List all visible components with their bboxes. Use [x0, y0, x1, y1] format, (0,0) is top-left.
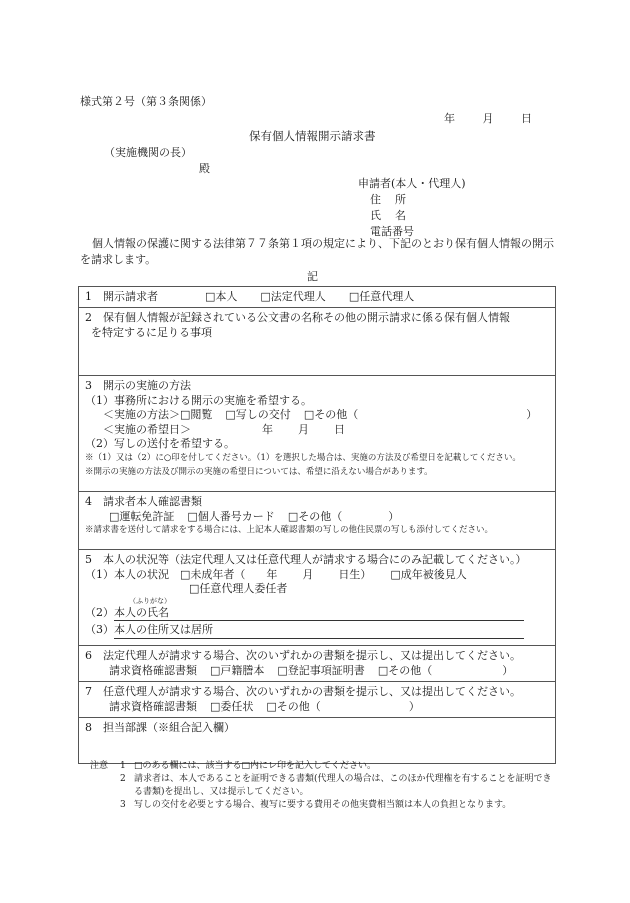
- section-2-label: 2 保有個人情報が記録されている公文書の名称その他の開示請求に係る保有個人情報: [85, 311, 549, 326]
- section-2-document-identification: 2 保有個人情報が記録されている公文書の名称その他の開示請求に係る保有個人情報 …: [79, 307, 555, 375]
- option-mail-copy[interactable]: （2）写しの送付を希望する。: [85, 437, 549, 452]
- section-3-note-1: ※（1）又は（2）に○印を付してください。（1）を選択した場合は、実施の方法及び…: [85, 452, 549, 464]
- note-number: 3: [120, 799, 134, 812]
- section-3-disclosure-method: 3 開示の実施の方法 （1）事務所における開示の実施を希望する。 ＜実施の方法＞…: [79, 375, 555, 491]
- note-item-3: 3 写しの交付を必要とする場合、複写に要する費用その他実費相当額は本人の負担とな…: [90, 799, 560, 812]
- form-number: 様式第２号（第３条関係）: [80, 95, 212, 109]
- checkbox-family-register[interactable]: □戸籍謄本: [210, 664, 264, 679]
- checkbox-adult-ward[interactable]: □成年被後見人: [390, 568, 466, 583]
- checkbox-my-number-card[interactable]: □個人番号カード: [187, 510, 274, 525]
- checkbox-voluntary-delegator[interactable]: □任意代理人委任者: [189, 582, 287, 597]
- checkbox-drivers-license[interactable]: □運転免許証: [109, 510, 174, 525]
- note-item-1: 注意 1 □のある欄には、該当する□内にレ印を記入してください。: [90, 760, 560, 773]
- section-1-label: 1 開示請求者: [85, 290, 158, 303]
- principal-name-label: 本人の氏名: [114, 606, 169, 619]
- section-3-label: 3 開示の実施の方法: [85, 379, 549, 394]
- section-4-note: ※請求書を送付して請求をする場合には、上記本人確認書類の写しの他住民票の写しも添…: [85, 524, 549, 536]
- note-number: 2: [120, 773, 134, 799]
- checkbox-voluntary-other[interactable]: □その他（: [266, 700, 320, 715]
- note-text: 請求者は、本人であることを証明できる書類(代理人の場合は、このほか代理権を有する…: [134, 773, 560, 799]
- date-year: 年: [444, 112, 455, 125]
- section-5-principal-status: 5 本人の状況等（法定代理人又は任意代理人が請求する場合にのみ記載してください。…: [79, 549, 555, 645]
- section-5-label: 5 本人の状況等（法定代理人又は任意代理人が請求する場合にのみ記載してください。…: [85, 553, 549, 568]
- honorific: 殿: [199, 162, 210, 176]
- method-row: ＜実施の方法＞□閲覧 □写しの交付 □その他（）: [85, 408, 549, 423]
- applicant-name-label: 氏名: [358, 208, 466, 224]
- principal-status-row: （1）本人の状況 □未成年者（ 年 月 日生） □成年被後見人: [85, 568, 549, 583]
- checkbox-copy-delivery[interactable]: □写しの交付: [225, 408, 290, 423]
- principal-status-label: （1）本人の状況: [85, 568, 169, 581]
- method-label: ＜実施の方法＞: [103, 408, 180, 421]
- section-1-requester: 1 開示請求者 □本人 □法定代理人 □任意代理人: [79, 287, 555, 307]
- preferred-date-year[interactable]: 年: [262, 423, 273, 436]
- voluntary-agent-docs-row: 請求資格確認書類 □委任状 □その他（）: [85, 700, 549, 715]
- document-title: 保有個人情報開示請求書: [249, 129, 376, 143]
- principal-address-number: （3）: [85, 623, 114, 636]
- applicant-block: 申請者(本人・代理人) 住所 氏名 電話番号: [358, 176, 466, 240]
- section-8-label: 8 担当部課（※組合記入欄）: [85, 721, 549, 736]
- id-other-close: ）: [388, 510, 399, 523]
- checkbox-minor[interactable]: □未成年者（: [180, 568, 245, 583]
- ki-heading: 記: [307, 270, 318, 284]
- addressee: （実施機関の長）: [104, 146, 192, 160]
- request-form-table: 1 開示請求者 □本人 □法定代理人 □任意代理人 2 保有個人情報が記録されて…: [78, 286, 556, 764]
- checkbox-power-of-attorney[interactable]: □委任状: [210, 700, 253, 715]
- voluntary-agent-docs-label: 請求資格確認書類: [109, 700, 197, 713]
- note-number: 1: [120, 760, 134, 773]
- birth-year[interactable]: 年: [266, 568, 277, 581]
- preferred-date-label: ＜実施の希望日＞: [103, 423, 191, 436]
- principal-name-field[interactable]: 本人の氏名: [114, 606, 524, 622]
- notes-block: 注意 1 □のある欄には、該当する□内にレ印を記入してください。 2 請求者は、…: [90, 760, 560, 812]
- note-text: □のある欄には、該当する□内にレ印を記入してください。: [134, 760, 560, 773]
- option-office-disclosure[interactable]: （1）事務所における開示の実施を希望する。: [85, 394, 549, 409]
- method-other-close: ）: [526, 408, 537, 421]
- notes-label: 注意: [90, 760, 120, 773]
- section-6-label: 6 法定代理人が請求する場合、次のいずれかの書類を提示し、又は提出してください。: [85, 649, 549, 664]
- section-6-legal-agent-docs: 6 法定代理人が請求する場合、次のいずれかの書類を提示し、又は提出してください。…: [79, 645, 555, 681]
- checkbox-method-other[interactable]: □その他（: [304, 408, 358, 423]
- legal-other-close: ）: [502, 664, 513, 677]
- principal-name-number: （2）: [85, 606, 114, 619]
- section-3-note-2: ※開示の実施の方法及び開示の実施の希望日については、希望に沿えない場合があります…: [85, 466, 549, 478]
- preferred-date-row: ＜実施の希望日＞ 年 月 日: [85, 423, 549, 438]
- legal-agent-docs-label: 請求資格確認書類: [109, 664, 197, 677]
- legal-agent-docs-row: 請求資格確認書類 □戸籍謄本 □登記事項証明書 □その他（）: [85, 664, 549, 679]
- preferred-date-month[interactable]: 月: [298, 423, 309, 436]
- id-docs-row: □運転免許証 □個人番号カード □その他（）: [85, 510, 549, 525]
- section-4-id-documents: 4 請求者本人確認書類 □運転免許証 □個人番号カード □その他（） ※請求書を…: [79, 491, 555, 549]
- principal-address-field[interactable]: 本人の住所又は居所: [114, 623, 524, 639]
- date-day: 日: [521, 112, 532, 125]
- checkbox-voluntary-agent[interactable]: □任意代理人: [349, 290, 414, 305]
- submission-date: 年 月 日: [444, 112, 532, 126]
- section-4-label: 4 請求者本人確認書類: [85, 495, 549, 510]
- checkbox-legal-agent[interactable]: □法定代理人: [260, 290, 325, 305]
- voluntary-other-close: ）: [409, 700, 420, 713]
- checkbox-registry-certificate[interactable]: □登記事項証明書: [277, 664, 364, 679]
- checkbox-self[interactable]: □本人: [205, 290, 237, 305]
- applicant-label: 申請者(本人・代理人): [358, 176, 466, 192]
- furigana-label: （ふりがな）: [85, 597, 549, 606]
- birth-day[interactable]: 日生）: [338, 568, 371, 581]
- section-7-voluntary-agent-docs: 7 任意代理人が請求する場合、次のいずれかの書類を提示し、又は提出してください。…: [79, 681, 555, 717]
- section-8-department: 8 担当部課（※組合記入欄）: [79, 717, 555, 763]
- preferred-date-day[interactable]: 日: [334, 423, 345, 436]
- note-item-2: 2 請求者は、本人であることを証明できる書類(代理人の場合は、このほか代理権を有…: [90, 773, 560, 799]
- principal-address-label: 本人の住所又は居所: [114, 623, 213, 636]
- checkbox-viewing[interactable]: □閲覧: [180, 408, 212, 423]
- principal-address-row: （3）本人の住所又は居所: [85, 623, 549, 639]
- checkbox-id-other[interactable]: □その他（: [288, 510, 342, 525]
- section-2-label-cont: を特定するに足りる事項: [85, 326, 549, 341]
- delegator-row: □任意代理人委任者: [85, 582, 549, 597]
- applicant-address-label: 住所: [358, 192, 466, 208]
- checkbox-legal-other[interactable]: □その他（: [378, 664, 432, 679]
- note-text: 写しの交付を必要とする場合、複写に要する費用その他実費相当額は本人の負担となりま…: [134, 799, 560, 812]
- date-month: 月: [483, 112, 494, 125]
- intro-paragraph: 個人情報の保護に関する法律第７７条第１項の規定により、下記のとおり保有個人情報の…: [80, 236, 558, 268]
- principal-name-row: （2）本人の氏名: [85, 606, 549, 622]
- birth-month[interactable]: 月: [302, 568, 313, 581]
- section-7-label: 7 任意代理人が請求する場合、次のいずれかの書類を提示し、又は提出してください。: [85, 685, 549, 700]
